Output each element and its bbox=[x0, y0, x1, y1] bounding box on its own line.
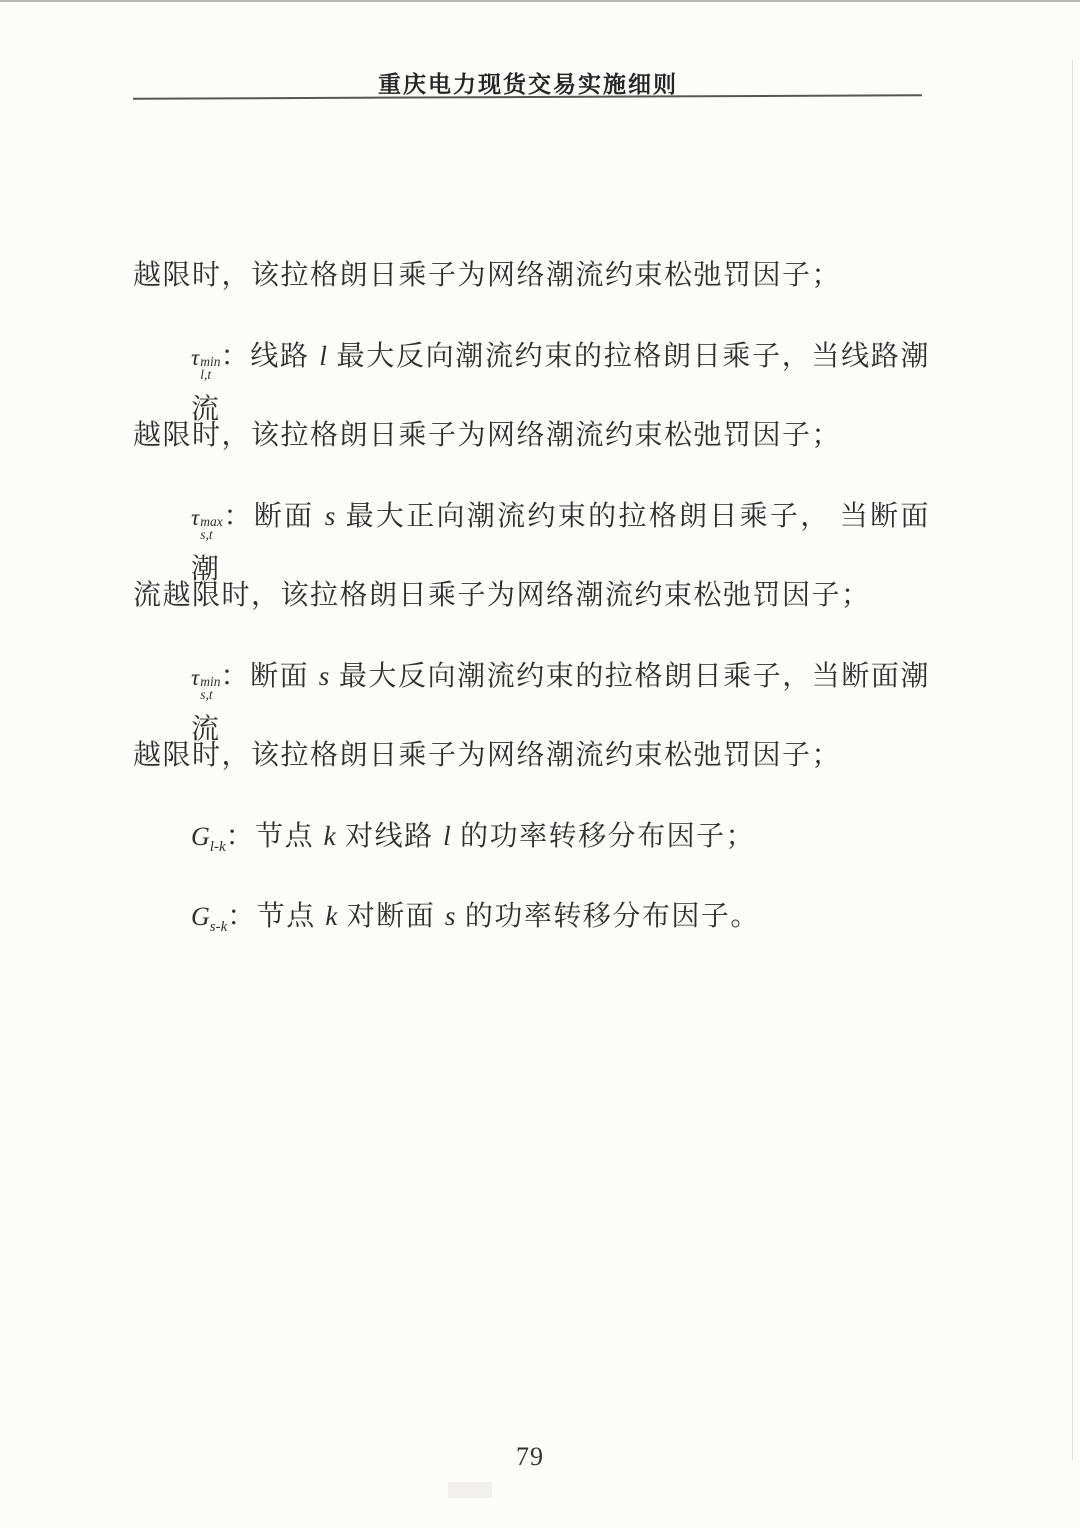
document-page: 重庆电力现货交易实施细则 越限时，该拉格朗日乘子为网络潮流约束松弛罚因子； τm… bbox=[0, 0, 1080, 1528]
math-subscript: s,t bbox=[200, 528, 212, 541]
scan-edge-top bbox=[0, 0, 1080, 2]
math-variable: s bbox=[444, 901, 457, 931]
line-text: 节点 bbox=[255, 821, 323, 852]
tau-lt-min-symbol: τminl,t bbox=[191, 331, 220, 384]
line-text: 越限时，该拉格朗日乘子为网络潮流约束松弛罚因子； bbox=[133, 260, 841, 291]
math-base: τ bbox=[191, 505, 199, 530]
math-subscript: l,t bbox=[200, 368, 211, 381]
line-text: 越限时，该拉格朗日乘子为网络潮流约束松弛罚因子； bbox=[133, 420, 841, 451]
line-text: 节点 bbox=[257, 901, 325, 932]
line-text: 流越限时，该拉格朗日乘子为网络潮流约束松弛罚因子； bbox=[133, 580, 871, 611]
math-base: τ bbox=[191, 345, 199, 370]
paragraph-line-8: Gl-k：节点 k 对线路 l 的功率转移分布因子； bbox=[133, 810, 930, 862]
line-text: 断面 bbox=[254, 501, 324, 532]
paragraph-line-9: Gs-k：节点 k 对断面 s 的功率转移分布因子。 bbox=[133, 890, 930, 942]
body-text: 越限时，该拉格朗日乘子为网络潮流约束松弛罚因子； τminl,t：线路 l 最大… bbox=[133, 222, 930, 970]
paragraph-line-1: 越限时，该拉格朗日乘子为网络潮流约束松弛罚因子； bbox=[133, 250, 930, 302]
colon: ： bbox=[223, 501, 254, 532]
colon: ： bbox=[220, 341, 250, 372]
line-text: 对断面 bbox=[338, 901, 444, 932]
page-number: 79 bbox=[0, 1442, 1060, 1472]
line-text: 线路 bbox=[250, 341, 318, 372]
scan-smudge bbox=[448, 1482, 492, 1498]
paragraph-line-3: 越限时，该拉格朗日乘子为网络潮流约束松弛罚因子； bbox=[133, 410, 930, 462]
math-base: τ bbox=[191, 665, 199, 690]
line-text: 断面 bbox=[250, 661, 318, 692]
paragraph-line-4: τmaxs,t：断面 s 最大正向潮流约束的拉格朗日乘子， 当断面潮 bbox=[133, 490, 930, 542]
line-text: 越限时，该拉格朗日乘子为网络潮流约束松弛罚因子； bbox=[133, 740, 841, 771]
colon: ： bbox=[220, 661, 250, 692]
math-subscript: l-k bbox=[210, 839, 226, 855]
math-base: G bbox=[191, 902, 210, 931]
line-text: 对线路 bbox=[337, 821, 443, 852]
tau-st-min-symbol: τmins,t bbox=[191, 651, 220, 704]
math-scripts: minl,t bbox=[200, 355, 220, 381]
scan-edge-right bbox=[1072, 60, 1073, 1460]
math-subscript: s,t bbox=[200, 688, 212, 701]
math-variable: l bbox=[442, 821, 452, 851]
colon: ： bbox=[227, 901, 257, 932]
math-scripts: mins,t bbox=[200, 675, 220, 701]
math-variable: k bbox=[323, 821, 337, 851]
math-base: G bbox=[191, 822, 210, 851]
g-lk-symbol: Gl-k bbox=[191, 811, 226, 873]
math-variable: k bbox=[324, 901, 338, 931]
paragraph-line-2: τminl,t：线路 l 最大反向潮流约束的拉格朗日乘子，当线路潮流 bbox=[133, 330, 930, 382]
math-subscript: s-k bbox=[210, 919, 228, 935]
line-text: 的功率转移分布因子； bbox=[452, 821, 756, 852]
paragraph-line-5: 流越限时，该拉格朗日乘子为网络潮流约束松弛罚因子； bbox=[133, 570, 930, 622]
tau-st-max-symbol: τmaxs,t bbox=[191, 491, 223, 544]
line-text: 的功率转移分布因子。 bbox=[456, 901, 760, 932]
math-variable: s bbox=[324, 501, 337, 531]
math-variable: s bbox=[318, 661, 331, 691]
paragraph-line-7: 越限时，该拉格朗日乘子为网络潮流约束松弛罚因子； bbox=[133, 730, 930, 782]
colon: ： bbox=[226, 821, 256, 852]
g-sk-symbol: Gs-k bbox=[191, 891, 227, 953]
math-scripts: maxs,t bbox=[200, 515, 223, 541]
math-variable: l bbox=[318, 341, 328, 371]
paragraph-line-6: τmins,t：断面 s 最大反向潮流约束的拉格朗日乘子，当断面潮流 bbox=[133, 650, 930, 702]
